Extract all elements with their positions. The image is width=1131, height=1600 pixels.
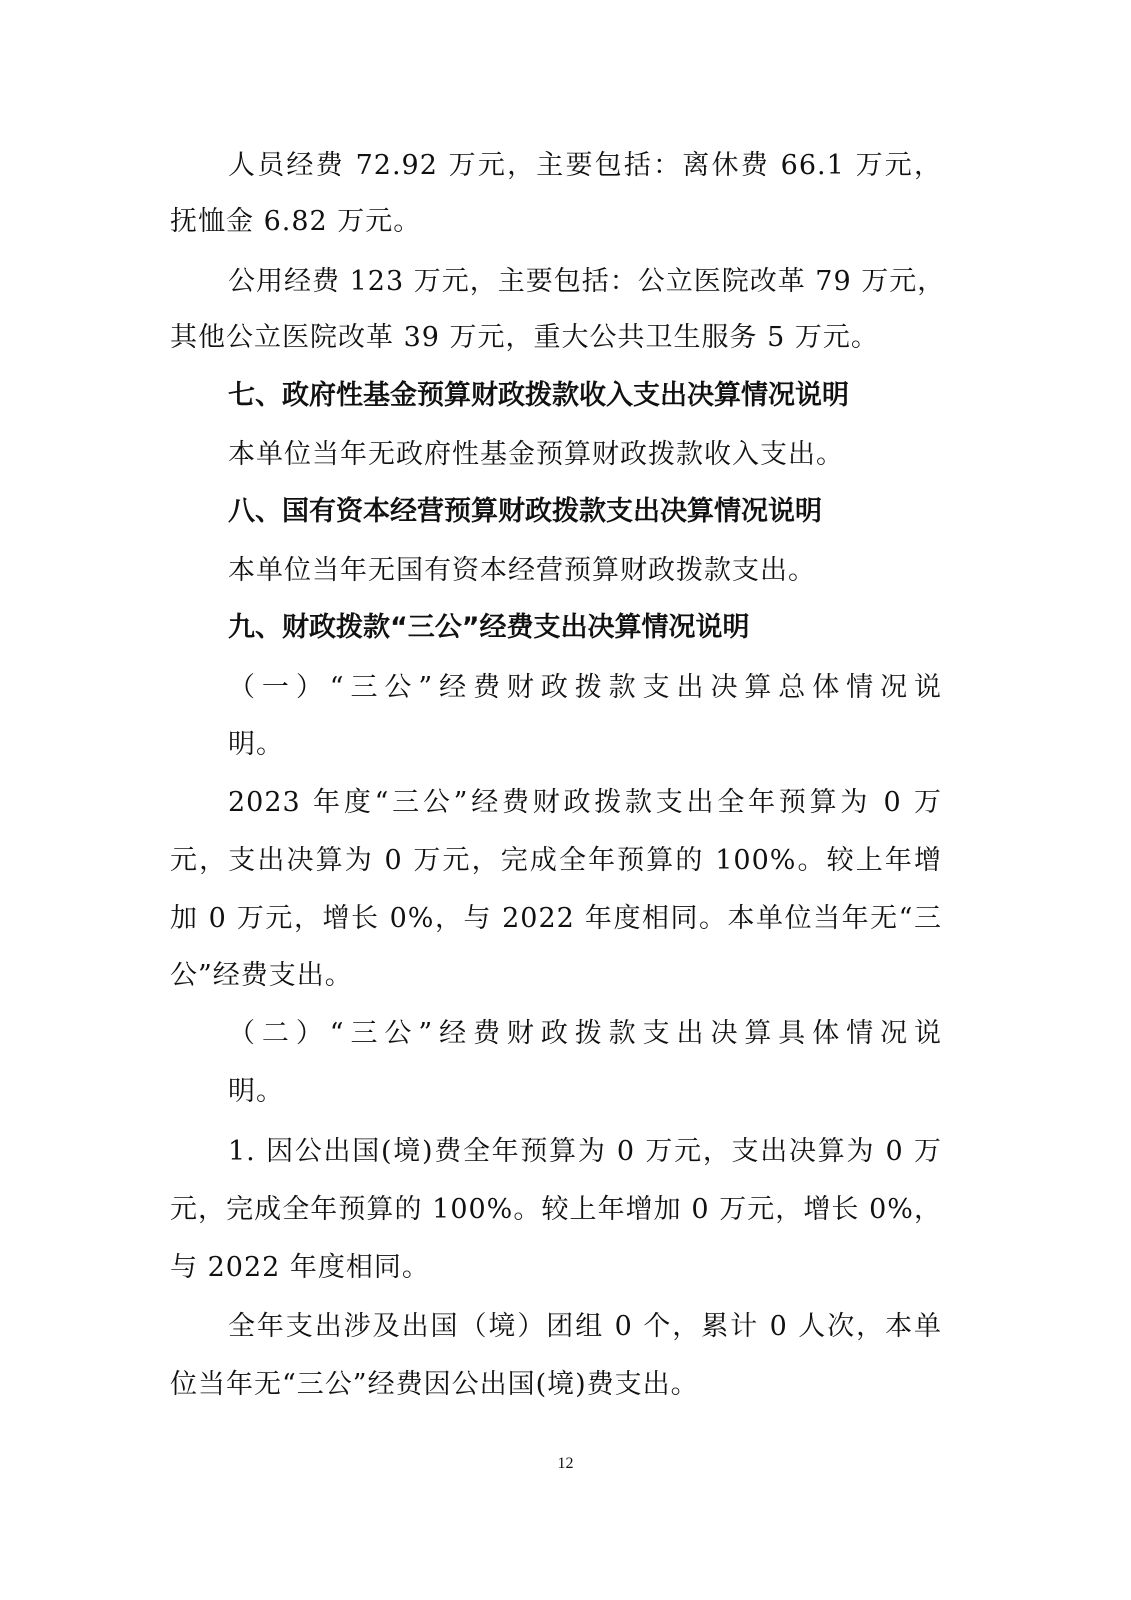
- section-9-sub-2-title-line-2: 明。: [228, 1075, 942, 1109]
- section-9-sub-2-item-1-line-3: 与 2022 年度相同。: [170, 1251, 942, 1285]
- section-9-sub-2-detail-line-1: 全年支出涉及出国（境）团组 0 个，累计 0 人次，本单: [228, 1310, 942, 1344]
- section-9-sub-1-body-line-4: 公”经费支出。: [170, 959, 942, 993]
- page-number: 12: [0, 1455, 1131, 1473]
- section-8-heading: 八、国有资本经营预算财政拨款支出决算情况说明: [228, 495, 942, 529]
- section-9-sub-1-body-line-1: 2023 年度“三公”经费财政拨款支出全年预算为 0 万: [228, 786, 942, 820]
- section-9-sub-2-item-1-line-2: 元，完成全年预算的 100%。较上年增加 0 万元，增长 0%，: [170, 1193, 942, 1227]
- section-9-sub-1-title-line-1: （一）“三公”经费财政拨款支出决算总体情况说: [228, 671, 942, 705]
- paragraph-personnel-expenses-line-2: 抚恤金 6.82 万元。: [170, 205, 942, 239]
- section-7-heading: 七、政府性基金预算财政拨款收入支出决算情况说明: [228, 379, 942, 413]
- paragraph-personnel-expenses-line-1: 人员经费 72.92 万元，主要包括：离休费 66.1 万元，: [228, 149, 942, 183]
- section-9-sub-2-item-1-line-1: 1. 因公出国(境)费全年预算为 0 万元，支出决算为 0 万: [228, 1135, 942, 1169]
- paragraph-public-expenses-line-2: 其他公立医院改革 39 万元，重大公共卫生服务 5 万元。: [170, 321, 942, 355]
- section-8-body: 本单位当年无国有资本经营预算财政拨款支出。: [228, 554, 942, 588]
- section-9-sub-1-body-line-2: 元，支出决算为 0 万元，完成全年预算的 100%。较上年增: [170, 844, 942, 878]
- section-9-sub-1-title-line-2: 明。: [228, 728, 942, 762]
- section-9-sub-1-body-line-3: 加 0 万元，增长 0%，与 2022 年度相同。本单位当年无“三: [170, 902, 942, 936]
- section-9-heading: 九、财政拨款“三公”经费支出决算情况说明: [228, 611, 942, 645]
- paragraph-public-expenses-line-1: 公用经费 123 万元，主要包括：公立医院改革 79 万元，: [228, 265, 942, 299]
- section-9-sub-2-detail-line-2: 位当年无“三公”经费因公出国(境)费支出。: [170, 1368, 942, 1402]
- section-9-sub-2-title-line-1: （二）“三公”经费财政拨款支出决算具体情况说: [228, 1017, 942, 1051]
- section-7-body: 本单位当年无政府性基金预算财政拨款收入支出。: [228, 438, 942, 472]
